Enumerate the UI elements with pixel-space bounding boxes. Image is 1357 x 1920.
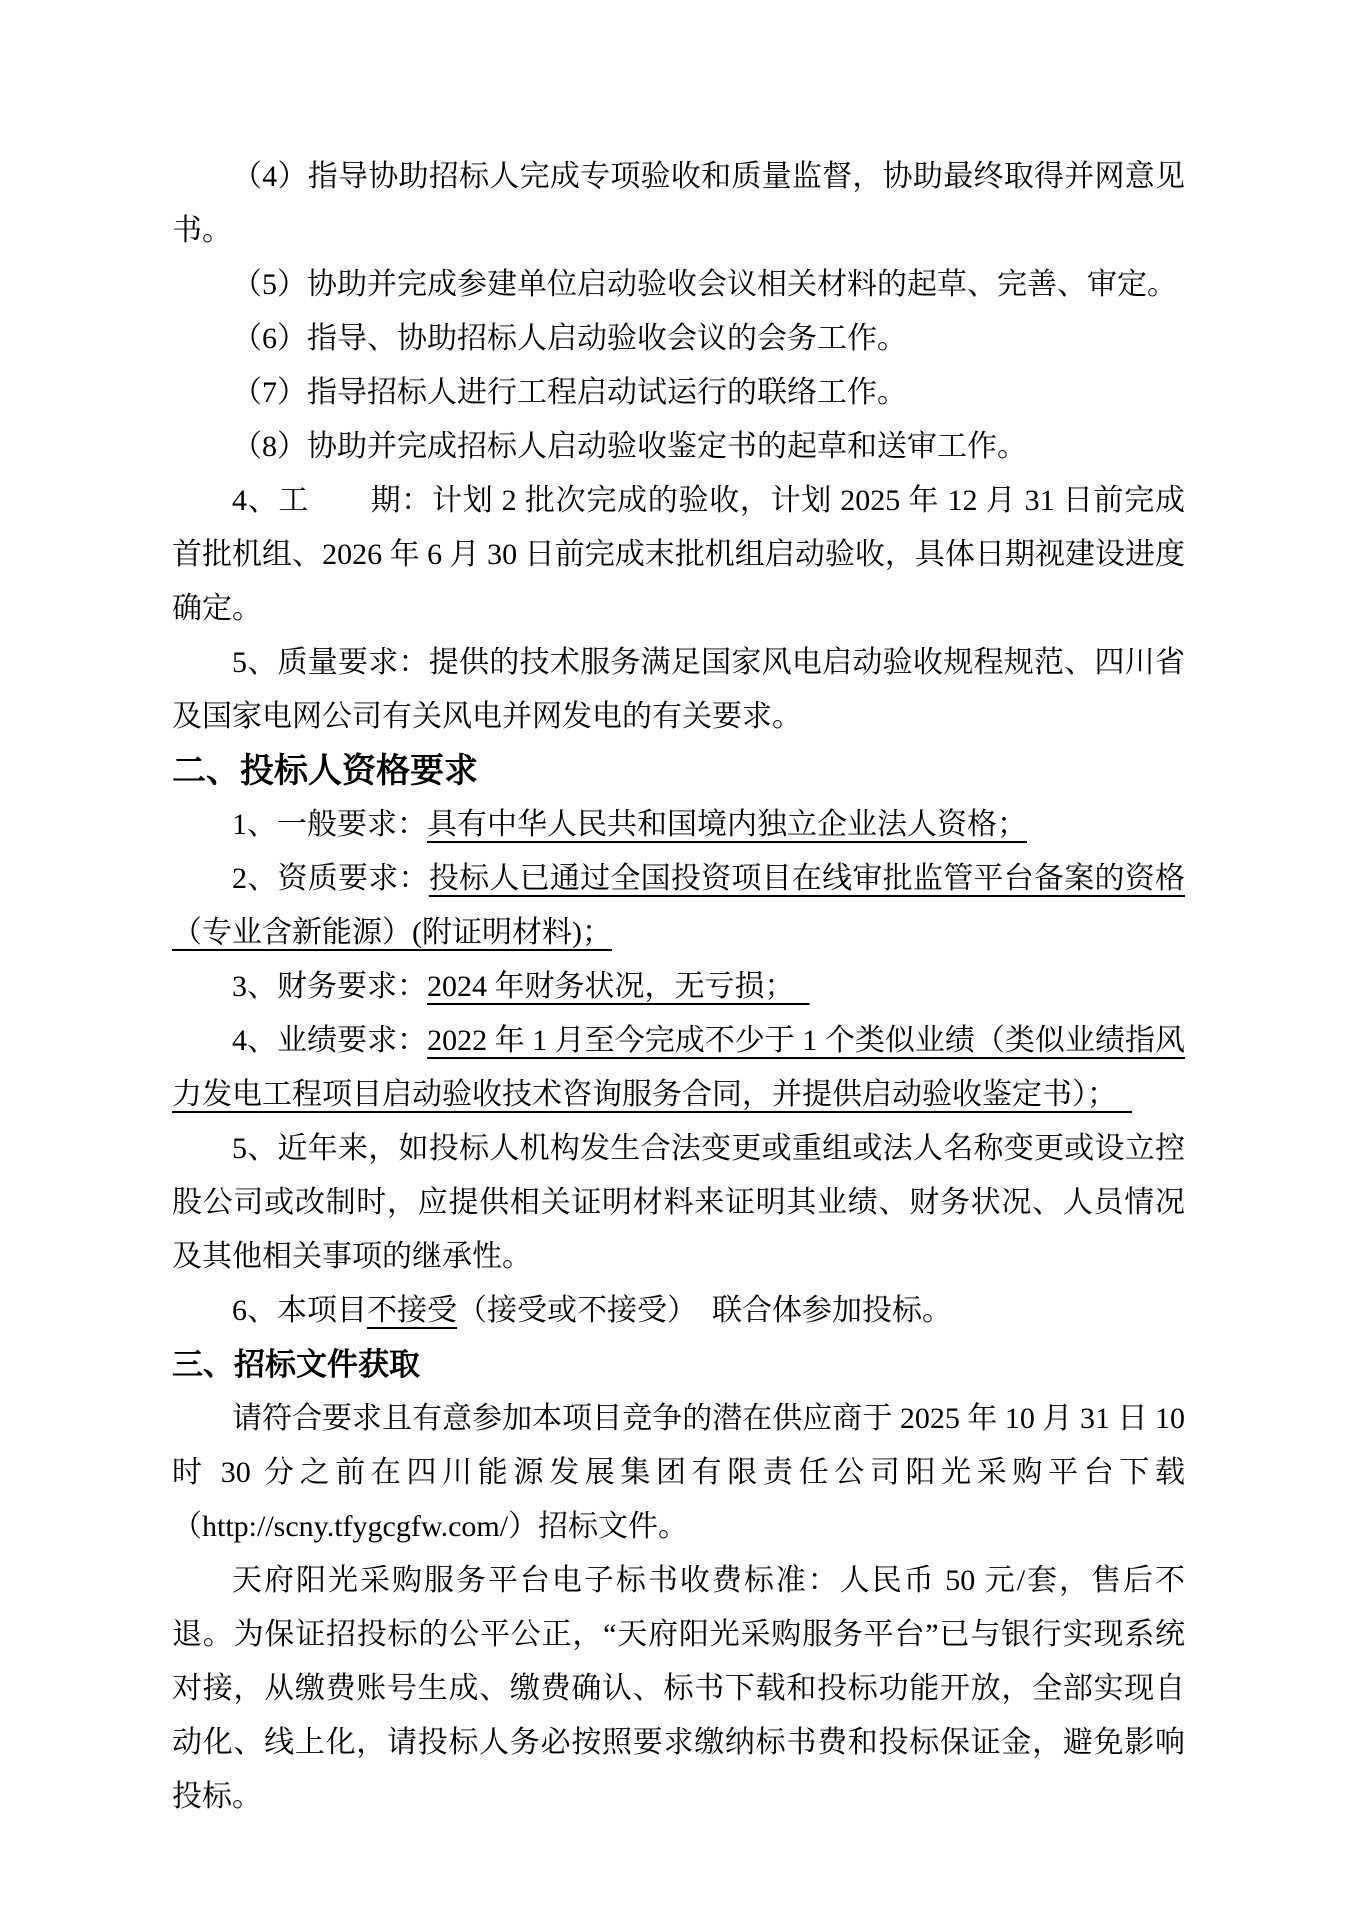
paragraph-scope-item-6: （6）指导、协助招标人启动验收会议的会务工作。 (172, 312, 1185, 366)
paragraph-scope-item-8: （8）协助并完成招标人启动验收鉴定书的起草和送审工作。 (172, 420, 1185, 474)
paragraph-fee-notice: 天府阳光采购服务平台电子标书收费标准：人民币 50 元/套，售后不退。为保证招投… (172, 1554, 1185, 1824)
credential-requirement-label: 2、资质要求： (232, 862, 429, 895)
paragraph-joint-bid: 6、本项目不接受（接受或不接受） 联合体参加投标。 (172, 1284, 1185, 1338)
section-heading-document-acquisition: 三、招标文件获取 (172, 1338, 1185, 1392)
paragraph-schedule: 4、工 期：计划 2 批次完成的验收，计划 2025 年 12 月 31 日前完… (172, 474, 1185, 636)
platform-url: http://scny.tfygcgfw.com/ (202, 1510, 508, 1543)
paragraph-financial-requirement: 3、财务要求：2024 年财务状况，无亏损； (172, 960, 1185, 1014)
document-page: { "meta": { "background_color": "#ffffff… (0, 0, 1357, 1920)
general-requirement-value: 具有中华人民共和国境内独立企业法人资格； (427, 808, 1027, 841)
paragraph-scope-item-5: （5）协助并完成参建单位启动验收会议相关材料的起草、完善、审定。 (172, 258, 1185, 312)
paragraph-scope-item-4: （4）指导协助招标人完成专项验收和质量监督，协助最终取得并网意见书。 (172, 150, 1185, 258)
joint-bid-suffix: （接受或不接受） 联合体参加投标。 (457, 1294, 952, 1327)
paragraph-credential-requirement: 2、资质要求：投标人已通过全国投资项目在线审批监管平台备案的资格（专业含新能源）… (172, 852, 1185, 960)
paragraph-download-instructions: 请符合要求且有意参加本项目竞争的潜在供应商于 2025 年 10 月 31 日 … (172, 1392, 1185, 1554)
financial-requirement-value: 2024 年财务状况，无亏损； (427, 970, 810, 1003)
general-requirement-label: 1、一般要求： (232, 808, 427, 841)
page: （4）指导协助招标人完成专项验收和质量监督，协助最终取得并网意见书。 （5）协助… (0, 0, 1357, 1920)
performance-requirement-label: 4、业绩要求： (232, 1024, 427, 1057)
paragraph-entity-changes: 5、近年来，如投标人机构发生合法变更或重组或法人名称变更或设立控股公司或改制时，… (172, 1122, 1185, 1284)
paragraph-general-requirement: 1、一般要求：具有中华人民共和国境内独立企业法人资格； (172, 798, 1185, 852)
financial-requirement-label: 3、财务要求： (232, 970, 427, 1003)
joint-bid-prefix: 6、本项目 (232, 1294, 367, 1327)
paragraph-scope-item-7: （7）指导招标人进行工程启动试运行的联络工作。 (172, 366, 1185, 420)
download-instructions-tail: ）招标文件。 (508, 1510, 688, 1543)
paragraph-quality: 5、质量要求：提供的技术服务满足国家风电启动验收规程规范、四川省及国家电网公司有… (172, 636, 1185, 744)
paragraph-performance-requirement: 4、业绩要求：2022 年 1 月至今完成不少于 1 个类似业绩（类似业绩指风力… (172, 1014, 1185, 1122)
joint-bid-decision: 不接受 (367, 1294, 457, 1327)
section-heading-bidder-qualification: 二、投标人资格要求 (172, 744, 1185, 798)
